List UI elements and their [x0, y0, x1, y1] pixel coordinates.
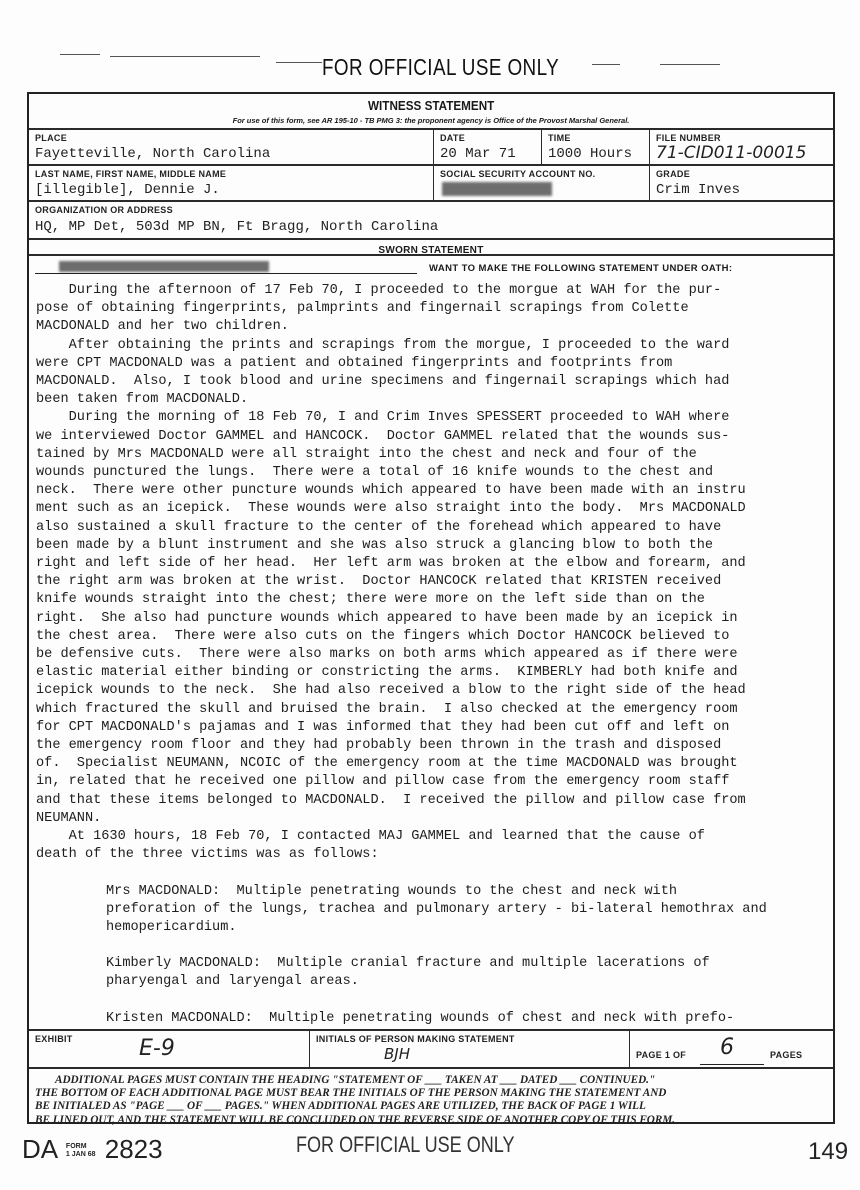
name-field: LAST NAME, FIRST NAME, MIDDLE NAME [ille…	[29, 166, 433, 200]
file-number-label: FILE NUMBER	[656, 133, 721, 143]
name-ssn-row: LAST NAME, FIRST NAME, MIDDLE NAME [ille…	[29, 166, 833, 202]
date-field: DATE 20 Mar 71	[433, 130, 541, 164]
page-prefix: PAGE 1 OF	[636, 1050, 686, 1060]
cause-of-death-item: Mrs MACDONALD: Multiple penetrating woun…	[36, 883, 827, 938]
initials-value: BJH	[384, 1045, 410, 1063]
instruction-line: ADDITIONAL PAGES MUST CONTAIN THE HEADIN…	[35, 1074, 827, 1087]
cause-of-death-item: Kristen MACDONALD: Multiple penetrating …	[36, 1010, 827, 1028]
form-edition: FORM 1 JAN 68	[66, 1143, 96, 1159]
sworn-statement-row: SWORN STATEMENT	[29, 240, 833, 256]
instruction-line: BE INITIALED AS "PAGE ___ OF ___ PAGES."…	[35, 1100, 827, 1113]
organization-field: ORGANIZATION OR ADDRESS HQ, MP Det, 503d…	[29, 202, 833, 238]
scan-artifact	[110, 56, 260, 57]
form-number: DA FORM 1 JAN 68 2823	[22, 1134, 163, 1165]
form-number-value: 2823	[105, 1134, 163, 1164]
time-label: TIME	[548, 133, 571, 143]
time-value: 1000 Hours	[548, 146, 632, 162]
statement-paragraph: During the morning of 18 Feb 70, I and C…	[36, 409, 827, 828]
scan-artifact	[60, 54, 100, 55]
initials-label: INITIALS OF PERSON MAKING STATEMENT	[316, 1034, 515, 1044]
grade-value: Crim Inves	[656, 182, 740, 198]
date-label: DATE	[440, 133, 465, 143]
file-number-field: FILE NUMBER 71-CID011-00015	[649, 130, 833, 164]
form-subtitle: For use of this form, see AR 195-10 - TB…	[29, 116, 833, 125]
ssn-field: SOCIAL SECURITY ACCOUNT NO.	[433, 166, 649, 200]
organization-value: HQ, MP Det, 503d MP BN, Ft Bragg, North …	[35, 219, 438, 235]
cause-of-death-item: Kimberly MACDONALD: Multiple cranial fra…	[36, 955, 827, 991]
scan-artifact	[276, 62, 322, 63]
bottom-classification-banner: FOR OFFICIAL USE ONLY	[296, 1132, 515, 1158]
declarant-name-redaction	[59, 261, 269, 272]
page-total-value: 6	[720, 1035, 734, 1060]
ssn-redaction	[442, 182, 552, 196]
grade-label: GRADE	[656, 169, 690, 179]
statement-paragraph: During the afternoon of 17 Feb 70, I pro…	[36, 282, 827, 337]
place-date-row: PLACE Fayetteville, North Carolina DATE …	[29, 130, 833, 166]
ssn-label: SOCIAL SECURITY ACCOUNT NO.	[440, 169, 595, 179]
page-suffix: PAGES	[770, 1050, 802, 1060]
page-number: 149	[808, 1138, 848, 1166]
place-label: PLACE	[35, 133, 67, 143]
form-title: WITNESS STATEMENT	[368, 98, 494, 113]
grade-field: GRADE Crim Inves	[649, 166, 833, 200]
page-count-field: PAGE 1 OF 6 PAGES	[629, 1031, 833, 1067]
form-prefix: DA	[22, 1134, 57, 1164]
form-edition-bottom: 1 JAN 68	[66, 1151, 96, 1158]
exhibit-field: EXHIBIT E-9	[29, 1031, 309, 1067]
witness-statement-page: FOR OFFICIAL USE ONLY WITNESS STATEMENT …	[0, 0, 860, 1190]
file-number-value: 71-CID011-00015	[656, 143, 806, 163]
organization-row: ORGANIZATION OR ADDRESS HQ, MP Det, 503d…	[29, 202, 833, 240]
oath-row: WANT TO MAKE THE FOLLOWING STATEMENT UND…	[29, 258, 833, 278]
instruction-line: THE BOTTOM OF EACH ADDITIONAL PAGE MUST …	[35, 1087, 827, 1100]
place-value: Fayetteville, North Carolina	[35, 146, 270, 162]
instruction-line: BE LINED OUT, AND THE STATEMENT WILL BE …	[35, 1114, 827, 1127]
exhibit-label: EXHIBIT	[35, 1034, 73, 1044]
statement-paragraph: At 1630 hours, 18 Feb 70, I contacted MA…	[36, 828, 827, 864]
exhibit-value: E-9	[139, 1036, 175, 1061]
time-field: TIME 1000 Hours	[541, 130, 649, 164]
exhibit-initials-row: EXHIBIT E-9 INITIALS OF PERSON MAKING ST…	[29, 1029, 833, 1069]
date-value: 20 Mar 71	[440, 146, 516, 162]
oath-text: WANT TO MAKE THE FOLLOWING STATEMENT UND…	[429, 263, 732, 274]
scan-artifact	[592, 64, 620, 65]
form-title-row: WITNESS STATEMENT For use of this form, …	[29, 94, 833, 130]
statement-paragraph: After obtaining the prints and scrapings…	[36, 337, 827, 410]
scan-artifact	[660, 64, 720, 65]
additional-pages-instructions: ADDITIONAL PAGES MUST CONTAIN THE HEADIN…	[29, 1069, 833, 1122]
witness-statement-form: WITNESS STATEMENT For use of this form, …	[27, 92, 835, 1124]
page-total-line	[700, 1064, 764, 1065]
initials-field: INITIALS OF PERSON MAKING STATEMENT BJH	[309, 1031, 629, 1067]
form-edition-top: FORM	[66, 1143, 87, 1150]
sworn-statement-heading: SWORN STATEMENT	[378, 245, 483, 256]
name-value: [illegible], Dennie J.	[35, 182, 220, 198]
place-field: PLACE Fayetteville, North Carolina	[29, 130, 433, 164]
statement-body: During the afternoon of 17 Feb 70, I pro…	[36, 282, 827, 1028]
official-use-banner: FOR OFFICIAL USE ONLY	[322, 54, 559, 81]
organization-label: ORGANIZATION OR ADDRESS	[35, 205, 173, 215]
name-label: LAST NAME, FIRST NAME, MIDDLE NAME	[35, 169, 226, 179]
top-classification-banner: FOR OFFICIAL USE ONLY	[0, 48, 860, 88]
declarant-name-line	[35, 273, 417, 274]
